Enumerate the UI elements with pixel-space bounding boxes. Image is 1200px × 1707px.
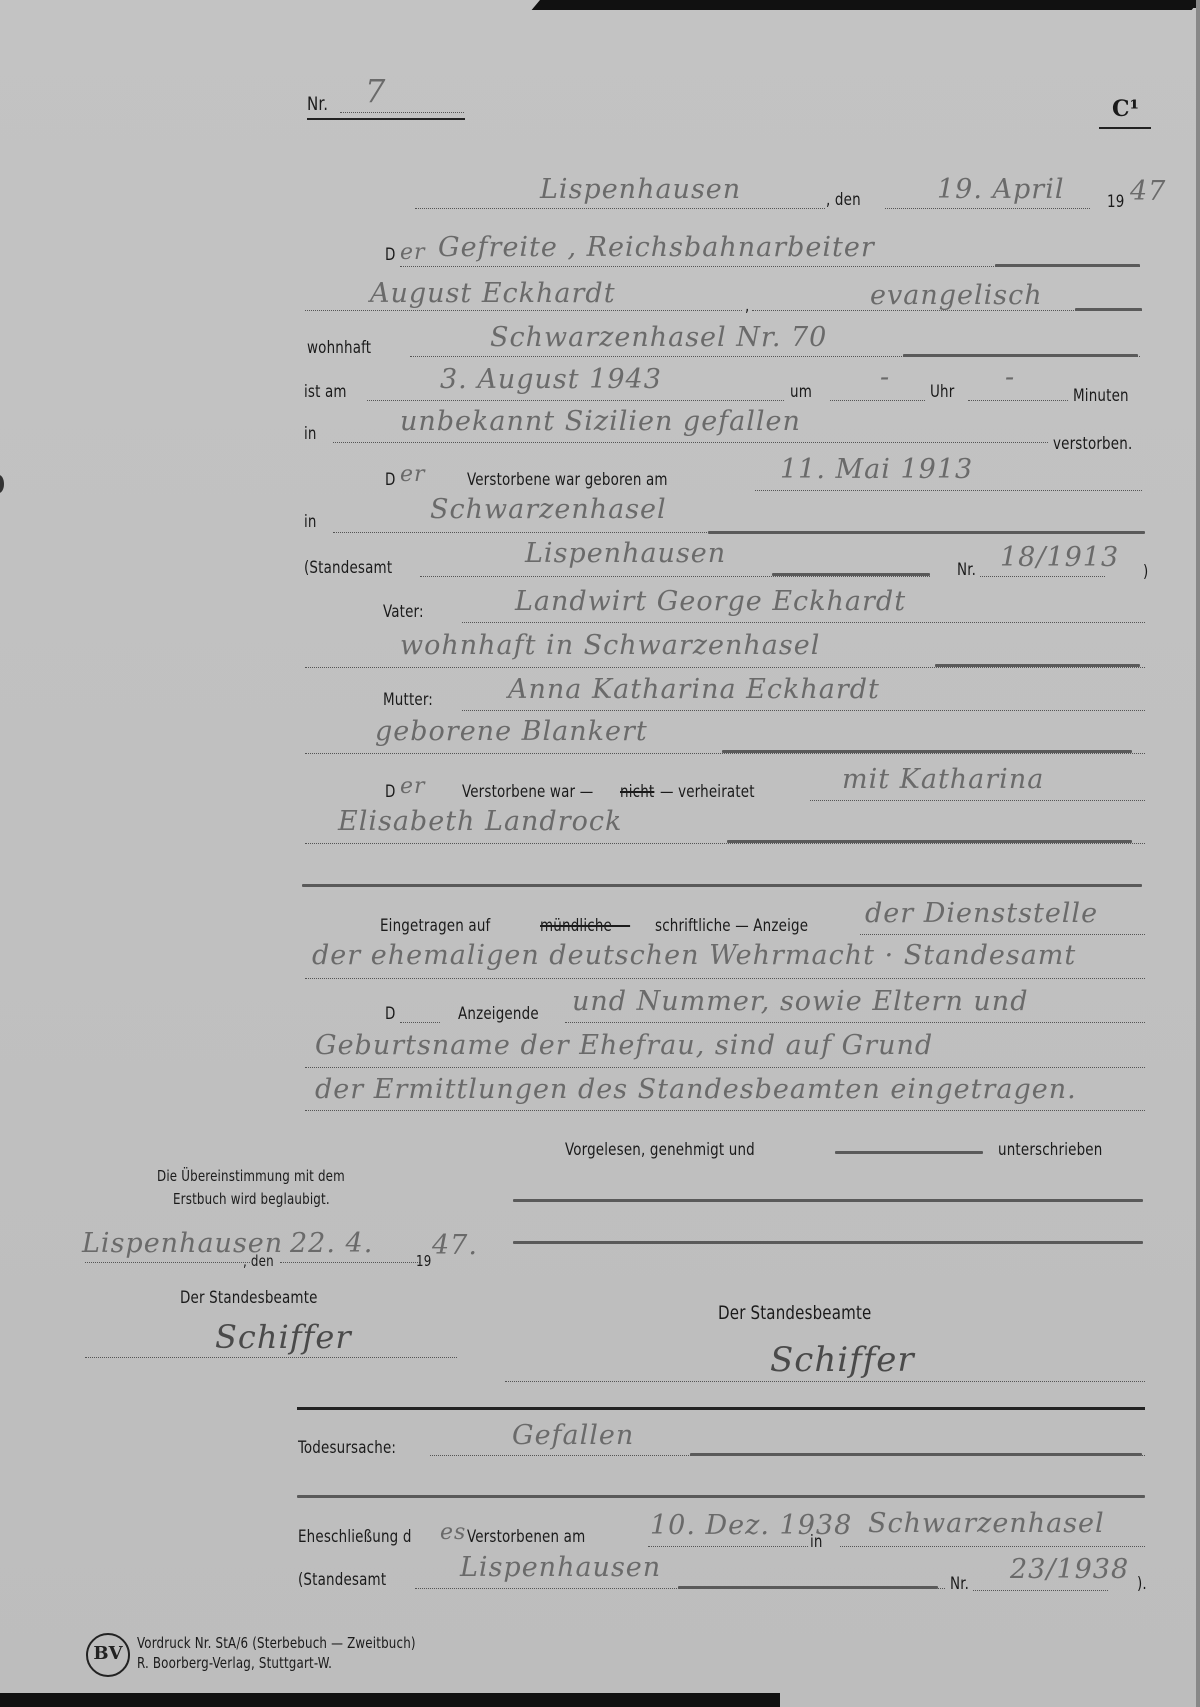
cert-date-line bbox=[280, 1262, 420, 1263]
marriage-registry-label: (Standesamt bbox=[298, 1570, 386, 1590]
certification-line1: Die Übereinstimmung mit dem bbox=[157, 1167, 345, 1185]
birth-place-label: in bbox=[304, 512, 317, 532]
marriage-label-a: Eheschließung d bbox=[298, 1527, 412, 1547]
marital-article-handwritten: er bbox=[400, 774, 426, 799]
cause-label: Todesursache: bbox=[298, 1438, 396, 1458]
marriage-nr-line bbox=[973, 1590, 1108, 1591]
mother-line2-filler bbox=[722, 750, 1132, 753]
birth-registry-line bbox=[420, 576, 930, 577]
registration-line5-value: der Ermittlungen des Standesbeamten eing… bbox=[315, 1074, 1077, 1105]
death-date-line bbox=[367, 400, 784, 401]
death-place: unbekannt Sizilien gefallen bbox=[400, 406, 801, 437]
scan-edge-right bbox=[1196, 0, 1200, 1707]
birth-place-filler bbox=[708, 531, 1145, 534]
father-line2-value: wohnhaft in Schwarzenhasel bbox=[400, 630, 820, 661]
birth-registry-filler bbox=[772, 573, 930, 576]
spouse-line2 bbox=[305, 843, 1145, 844]
marriage-label-b: Verstorbenen am bbox=[467, 1527, 585, 1547]
religion-line-filler bbox=[1075, 308, 1142, 311]
article-handwritten: er bbox=[400, 240, 426, 265]
marriage-place: Schwarzenhasel bbox=[868, 1508, 1105, 1539]
section-divider bbox=[297, 1407, 1145, 1410]
registrar-signature: Schiffer bbox=[770, 1340, 915, 1380]
birth-article-handwritten: er bbox=[400, 462, 426, 487]
mother-line2-value: geborene Blankert bbox=[375, 716, 648, 747]
place-line bbox=[415, 208, 825, 209]
marriage-close: ). bbox=[1137, 1574, 1147, 1594]
informant-label: Anzeigende bbox=[458, 1004, 539, 1024]
cert-place-line bbox=[85, 1262, 250, 1263]
informant-prefix: D bbox=[385, 1004, 396, 1024]
birth-registry: Lispenhausen bbox=[525, 538, 726, 569]
cert-year-prefix: 19 bbox=[416, 1252, 431, 1270]
cert-den-label: , den bbox=[243, 1252, 274, 1270]
death-register-page: Nr. 7 C¹ Lispenhausen , den 19. April 19… bbox=[0, 0, 1200, 1707]
um-label: um bbox=[790, 382, 812, 402]
death-place-line bbox=[333, 442, 1048, 443]
marriage-registry-filler bbox=[678, 1586, 938, 1589]
rank-occupation: Gefreite , Reichsbahnarbeiter bbox=[438, 232, 875, 263]
spouse-line1 bbox=[810, 800, 1145, 801]
registration-label-b: schriftliche — Anzeige bbox=[655, 916, 808, 936]
scan-edge-top-right bbox=[1120, 0, 1200, 8]
marital-article-prefix: D bbox=[385, 782, 396, 802]
minutes-line bbox=[968, 400, 1068, 401]
punch-hole-mark bbox=[0, 475, 4, 493]
birth-nr-label: Nr. bbox=[957, 560, 976, 580]
marriage-nr-label: Nr. bbox=[950, 1574, 969, 1594]
registration-line5 bbox=[305, 1110, 1145, 1111]
cert-signature: Schiffer bbox=[215, 1318, 352, 1356]
form-id: C¹ bbox=[1112, 96, 1139, 122]
entry-number-line bbox=[340, 112, 464, 113]
birth-article-prefix: D bbox=[385, 470, 396, 490]
rank-line-filler bbox=[995, 264, 1140, 267]
uhr-label: Uhr bbox=[930, 382, 954, 402]
registration-line4 bbox=[305, 1067, 1145, 1068]
entry-number-label: Nr. bbox=[307, 93, 328, 115]
spouse-line2-filler bbox=[727, 840, 1132, 843]
marital-label-b: — verheiratet bbox=[660, 782, 755, 802]
signature-line1 bbox=[513, 1199, 1143, 1202]
marriage-registry: Lispenhausen bbox=[460, 1552, 661, 1583]
father-line1-value: Landwirt George Eckhardt bbox=[515, 586, 906, 617]
registration-place: Lispenhausen bbox=[540, 174, 741, 205]
year-prefix: 19 bbox=[1107, 192, 1124, 212]
spouse-line3-filler bbox=[302, 884, 1142, 887]
residence-label: wohnhaft bbox=[307, 338, 371, 358]
registration-line2 bbox=[305, 978, 1145, 979]
certification-line2: Erstbuch wird beglaubigt. bbox=[173, 1190, 330, 1208]
residence: Schwarzenhasel Nr. 70 bbox=[490, 322, 827, 353]
mother-label: Mutter: bbox=[383, 690, 433, 710]
read-approved-label: Vorgelesen, genehmigt und bbox=[565, 1140, 755, 1160]
birth-date: 11. Mai 1913 bbox=[780, 454, 973, 485]
father-line2-filler bbox=[935, 664, 1140, 667]
footer-line1: Vordruck Nr. StA/6 (Sterbebuch — Zweitbu… bbox=[137, 1634, 416, 1652]
person-name: August Eckhardt bbox=[370, 278, 616, 309]
spouse-line1-value: mit Katharina bbox=[842, 764, 1044, 795]
registration-line1 bbox=[860, 934, 1145, 935]
registration-date: 19. April bbox=[937, 174, 1064, 205]
birth-date-line bbox=[755, 490, 1142, 491]
entry-number-underline bbox=[307, 118, 465, 120]
death-hour: - bbox=[880, 362, 890, 393]
minuten-label: Minuten bbox=[1073, 386, 1129, 406]
birth-nr-line bbox=[980, 576, 1105, 577]
religion: evangelisch bbox=[870, 280, 1043, 311]
spouse-line2-value: Elisabeth Landrock bbox=[338, 806, 622, 837]
birth-label: Verstorbene war geboren am bbox=[467, 470, 668, 490]
death-minutes: - bbox=[1005, 362, 1015, 393]
marriage-in-label: in bbox=[810, 1532, 823, 1552]
comma: , bbox=[745, 296, 749, 316]
form-id-underline bbox=[1099, 127, 1151, 129]
read-approved-filler bbox=[835, 1151, 983, 1154]
cause-line2-filler bbox=[297, 1495, 1145, 1498]
death-place-label: in bbox=[304, 424, 317, 444]
registration-label-a: Eingetragen auf bbox=[380, 916, 490, 936]
registration-line2-value: der ehemaligen deutschen Wehrmacht · Sta… bbox=[312, 940, 1076, 971]
signed-label: unterschrieben bbox=[998, 1140, 1102, 1160]
mother-line1 bbox=[462, 710, 1145, 711]
informant-article-line bbox=[400, 1022, 440, 1023]
death-date: 3. August 1943 bbox=[440, 364, 662, 395]
birth-place: Schwarzenhasel bbox=[430, 494, 667, 525]
marital-label-a: Verstorbene war — bbox=[462, 782, 593, 802]
marital-struck: nicht bbox=[620, 782, 654, 802]
cert-date: 22. 4. bbox=[290, 1228, 373, 1259]
marriage-date-line bbox=[648, 1546, 808, 1547]
article-prefix: D bbox=[385, 245, 396, 265]
birth-registry-label: (Standesamt bbox=[304, 558, 392, 578]
mother-line1-value: Anna Katharina Eckhardt bbox=[508, 674, 880, 705]
scan-edge-bottom bbox=[0, 1693, 780, 1707]
cert-official-label: Der Standesbeamte bbox=[180, 1288, 318, 1308]
death-date-label: ist am bbox=[304, 382, 347, 402]
marriage-article: es bbox=[440, 1520, 466, 1545]
father-line2 bbox=[305, 667, 1145, 668]
registration-line1-value: der Dienststelle bbox=[865, 898, 1098, 929]
entry-number: 7 bbox=[365, 72, 386, 110]
father-line1 bbox=[462, 622, 1145, 623]
signature-line2 bbox=[513, 1241, 1143, 1244]
cause-line-filler bbox=[690, 1453, 1142, 1456]
marriage-place-line bbox=[840, 1546, 1145, 1547]
birth-nr: 18/1913 bbox=[1000, 542, 1119, 573]
registrar-official-label: Der Standesbeamte bbox=[718, 1302, 871, 1324]
father-label: Vater: bbox=[383, 602, 424, 622]
registration-line4-value: Geburtsname der Ehefrau, sind auf Grund bbox=[315, 1030, 933, 1061]
residence-line-filler bbox=[903, 354, 1138, 357]
registration-line3 bbox=[565, 1022, 1145, 1023]
birth-close: ) bbox=[1143, 562, 1148, 582]
registrar-signature-line bbox=[505, 1381, 1145, 1382]
hour-line bbox=[830, 400, 925, 401]
mother-line2 bbox=[305, 753, 1145, 754]
cause-value: Gefallen bbox=[512, 1420, 634, 1451]
year-suffix: 47 bbox=[1130, 176, 1166, 207]
name-line bbox=[305, 310, 742, 311]
date-line bbox=[885, 208, 1090, 209]
den-label: , den bbox=[826, 190, 861, 210]
cert-signature-line bbox=[85, 1357, 457, 1358]
cert-year-suffix: 47. bbox=[432, 1230, 478, 1261]
verstorben-label: verstorben. bbox=[1053, 434, 1132, 454]
publisher-logo-icon: BV bbox=[86, 1633, 130, 1677]
marriage-nr: 23/1938 bbox=[1010, 1554, 1129, 1585]
registration-struck: mündliche — bbox=[540, 916, 630, 936]
footer-line2: R. Boorberg-Verlag, Stuttgart-W. bbox=[137, 1654, 332, 1672]
registration-line3-value: und Nummer, sowie Eltern und bbox=[572, 986, 1028, 1017]
scan-edge-top bbox=[532, 0, 1200, 10]
